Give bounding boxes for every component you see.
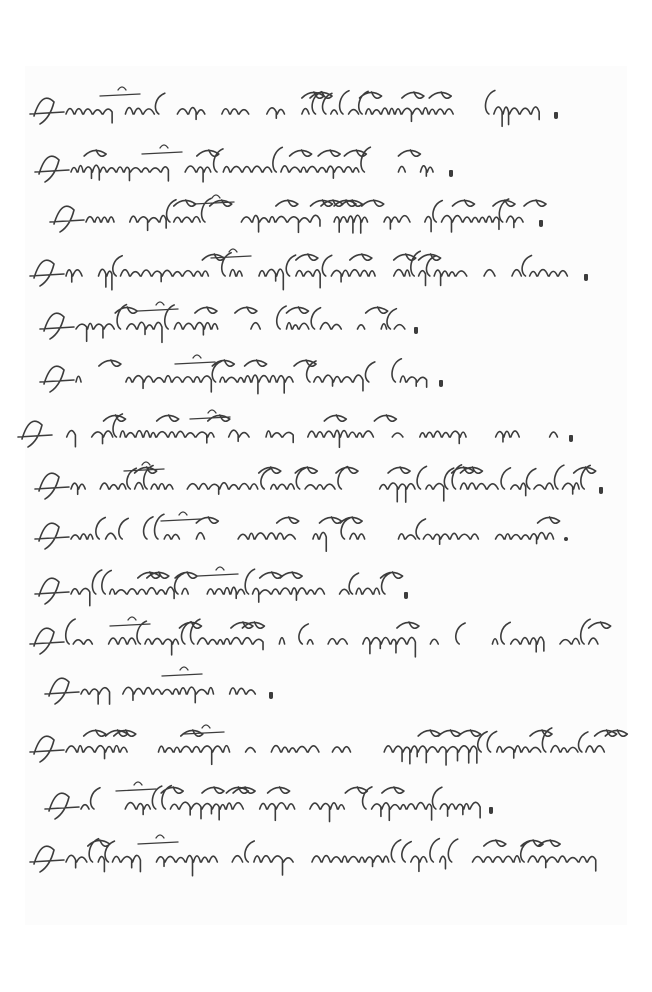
cursive-ink-path bbox=[45, 678, 255, 704]
handwriting-strokes bbox=[0, 515, 652, 575]
manuscript-line-6: кадка жестяная без носа , bbox=[0, 358, 652, 398]
comma-mark bbox=[569, 435, 573, 442]
cursive-ink-path bbox=[40, 359, 427, 394]
cursive-ink-path bbox=[35, 147, 433, 182]
manuscript-line-11: восемнадцать шандалов столовых медных bbox=[0, 620, 652, 660]
cursive-ink-path bbox=[35, 465, 596, 502]
cursive-ink-path bbox=[18, 414, 557, 447]
manuscript-line-9: четыре стопы оловянных с кровлями . bbox=[0, 515, 652, 555]
comma-mark bbox=[439, 380, 443, 387]
handwriting-strokes bbox=[0, 358, 652, 418]
comma-mark bbox=[554, 112, 558, 119]
handwriting-strokes bbox=[0, 305, 652, 365]
comma-mark bbox=[269, 692, 273, 699]
comma-mark bbox=[404, 592, 408, 599]
cursive-ink-path bbox=[45, 786, 480, 822]
manuscript-line-3: осмина оловянная солонки с крышкою , bbox=[0, 198, 652, 238]
handwriting-strokes bbox=[0, 838, 652, 898]
cursive-ink-path bbox=[35, 514, 560, 551]
manuscript-line-2: да полчетвертины оловянная , bbox=[0, 148, 652, 188]
cursive-ink-path bbox=[40, 305, 405, 343]
cursive-ink-path bbox=[50, 198, 546, 233]
comma-mark bbox=[449, 170, 453, 177]
manuscript-line-7: десять блюд оловянных больших , bbox=[0, 413, 652, 453]
manuscript-line-14: в том числе три стопа на битых , bbox=[0, 785, 652, 825]
cursive-ink-path bbox=[30, 251, 567, 290]
handwriting-strokes bbox=[0, 90, 652, 150]
handwriting-strokes bbox=[0, 413, 652, 473]
handwriting-strokes bbox=[0, 670, 652, 730]
manuscript-line-13: двадцать четыре стопа на оловянных bbox=[0, 728, 652, 768]
manuscript-line-4: пять штофов медных больших и малых , bbox=[0, 252, 652, 292]
handwriting-strokes bbox=[0, 785, 652, 845]
manuscript-line-15: два рукомойника да четыре таза медных bbox=[0, 838, 652, 878]
handwriting-strokes bbox=[0, 728, 652, 788]
comma-mark bbox=[489, 807, 493, 814]
cursive-ink-path bbox=[30, 839, 596, 876]
comma-mark bbox=[539, 220, 543, 227]
manuscript-line-5: кадка медная с носом , bbox=[0, 305, 652, 345]
manuscript-line-10: Два кувшина оловянные , bbox=[0, 570, 652, 610]
period-mark bbox=[564, 537, 568, 541]
cursive-ink-path bbox=[30, 728, 627, 765]
handwriting-strokes bbox=[0, 252, 652, 312]
comma-mark bbox=[584, 274, 588, 281]
comma-mark bbox=[414, 327, 418, 334]
cursive-ink-path bbox=[30, 619, 611, 657]
handwriting-strokes bbox=[0, 198, 652, 258]
manuscript-line-12: целых и ломаных , bbox=[0, 670, 652, 710]
manuscript-line-1: Два четвертины оловянные с кровлями , bbox=[0, 90, 652, 130]
comma-mark bbox=[599, 487, 603, 494]
manuscript-line-8: да четыре блюда оловянные серебряные , bbox=[0, 465, 652, 505]
